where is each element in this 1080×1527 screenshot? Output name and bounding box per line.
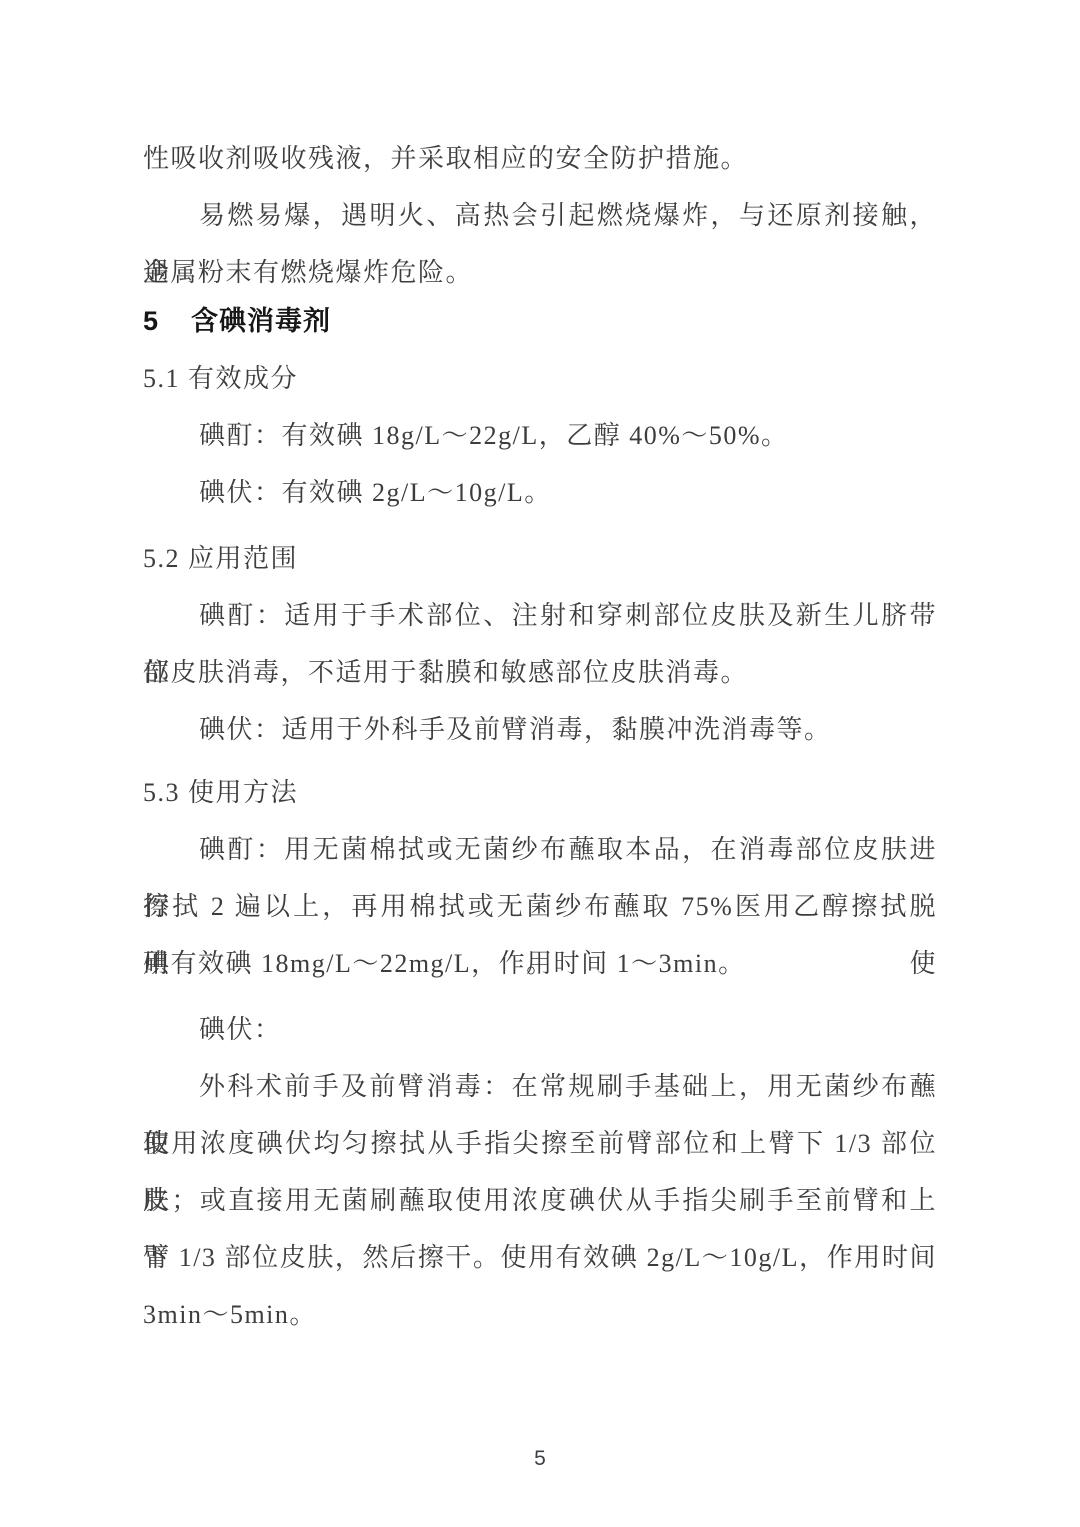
body-line: 使用浓度碘伏均匀擦拭从手指尖擦至前臂部位和上臂下 1/3 部位皮 [143,1115,937,1172]
body-line: 下 1/3 部位皮肤，然后擦干。使用有效碘 2g/L～10g/L，作用时间 [143,1229,937,1286]
body-line: 外科术前手及前臂消毒：在常规刷手基础上，用无菌纱布蘸取 [143,1058,937,1115]
body-line: 碘伏：适用于外科手及前臂消毒，黏膜冲洗消毒等。 [143,701,937,758]
body-line: 碘伏： [143,1001,937,1058]
body-line: 肤；或直接用无菌刷蘸取使用浓度碘伏从手指尖刷手至前臂和上臂 [143,1172,937,1229]
section-title: 含碘消毒剂 [191,306,331,336]
body-line: 碘伏：有效碘 2g/L～10g/L。 [143,464,937,521]
clause-heading-5-3: 5.3 使用方法 [143,764,937,821]
body-line: 性吸收剂吸收残液，并采取相应的安全防护措施。 [143,130,937,187]
document-page: 性吸收剂吸收残液，并采取相应的安全防护措施。 易燃易爆，遇明火、高热会引起燃烧爆… [0,0,1080,1527]
body-line: 碘酊：有效碘 18g/L～22g/L，乙醇 40%～50%。 [143,407,937,464]
clause-heading-5-1: 5.1 有效成分 [143,350,937,407]
body-line: 位皮肤消毒，不适用于黏膜和敏感部位皮肤消毒。 [143,644,937,701]
body-line: 碘酊：适用于手术部位、注射和穿刺部位皮肤及新生儿脐带部 [143,587,937,644]
body-line: 易燃易爆，遇明火、高热会引起燃烧爆炸，与还原剂接触，遇 [143,187,937,244]
clause-heading-5-2: 5.2 应用范围 [143,530,937,587]
document-content: 性吸收剂吸收残液，并采取相应的安全防护措施。 易燃易爆，遇明火、高热会引起燃烧爆… [0,0,1080,1343]
section-heading: 5含碘消毒剂 [143,293,937,350]
body-line: 碘酊：用无菌棉拭或无菌纱布蘸取本品，在消毒部位皮肤进行 [143,821,937,878]
section-number: 5 [143,293,191,350]
body-line: 擦拭 2 遍以上，再用棉拭或无菌纱布蘸取 75%医用乙醇擦拭脱碘。使 [143,878,937,935]
body-line: 3min～5min。 [143,1286,937,1343]
page-number: 5 [0,1447,1080,1471]
